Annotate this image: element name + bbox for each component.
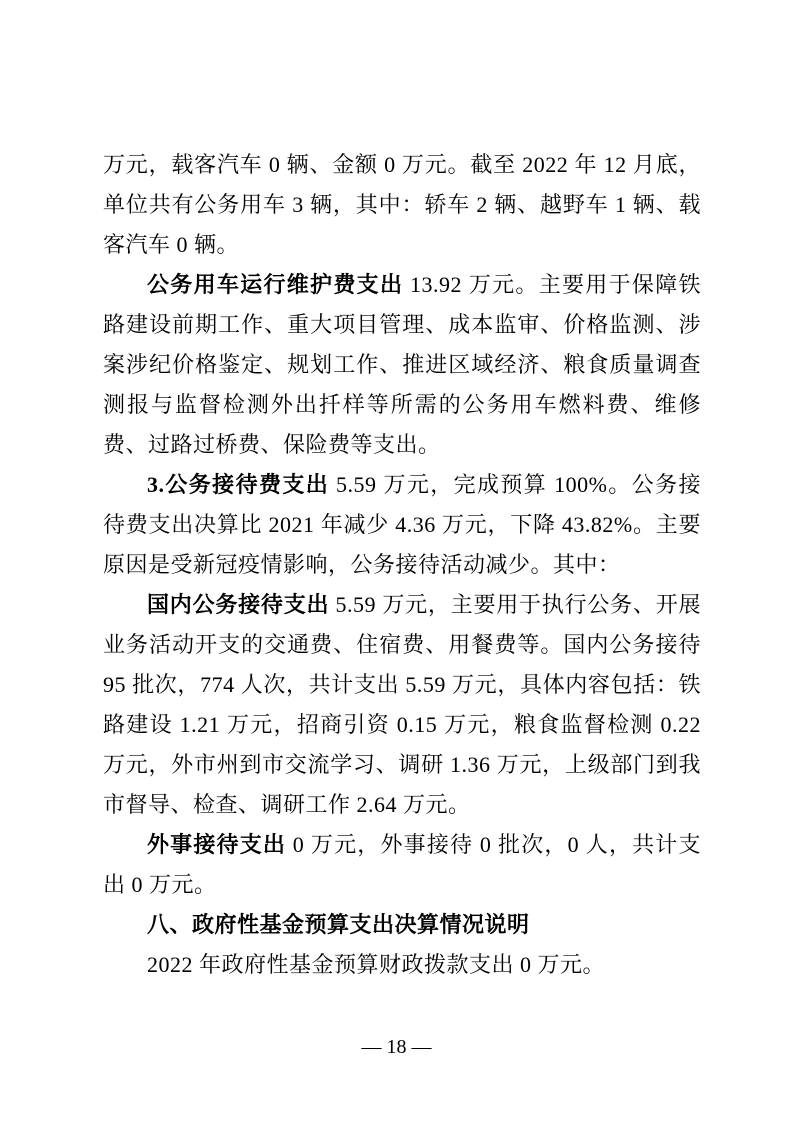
document-page: 万元，载客汽车 0 辆、金额 0 万元。截至 2022 年 12 月底，单位共有…	[0, 0, 793, 1122]
page-footer: — 18 —	[0, 1034, 793, 1060]
section-heading: 八、政府性基金预算支出决算情况说明	[103, 905, 701, 945]
paragraph: 国内公务接待支出 5.59 万元，主要用于执行公务、开展业务活动开支的交通费、住…	[103, 585, 701, 825]
paragraph: 3.公务接待费支出 5.59 万元，完成预算 100%。公务接待费支出决算比 2…	[103, 465, 701, 585]
paragraph-text: 5.59 万元，主要用于执行公务、开展业务活动开支的交通费、住宿费、用餐费等。国…	[103, 592, 701, 817]
page-number: — 18 —	[362, 1036, 432, 1058]
paragraph-bold-lead: 八、政府性基金预算支出决算情况说明	[147, 912, 530, 937]
paragraph-text: 2022 年政府性基金预算财政拨款支出 0 万元。	[147, 952, 605, 977]
paragraph-text: 万元，载客汽车 0 辆、金额 0 万元。截至 2022 年 12 月底，单位共有…	[103, 152, 701, 257]
paragraph-bold-lead: 3.公务接待费支出	[147, 472, 329, 497]
paragraph: 2022 年政府性基金预算财政拨款支出 0 万元。	[103, 945, 701, 985]
paragraph-text: 13.92 万元。主要用于保障铁路建设前期工作、重大项目管理、成本监审、价格监测…	[103, 272, 701, 457]
paragraph-bold-lead: 外事接待支出	[147, 832, 286, 857]
paragraph-bold-lead: 公务用车运行维护费支出	[147, 272, 403, 297]
paragraph-bold-lead: 国内公务接待支出	[147, 592, 329, 617]
document-body: 万元，载客汽车 0 辆、金额 0 万元。截至 2022 年 12 月底，单位共有…	[103, 145, 701, 985]
paragraph: 外事接待支出 0 万元，外事接待 0 批次，0 人，共计支出 0 万元。	[103, 825, 701, 905]
paragraph: 万元，载客汽车 0 辆、金额 0 万元。截至 2022 年 12 月底，单位共有…	[103, 145, 701, 265]
paragraph: 公务用车运行维护费支出 13.92 万元。主要用于保障铁路建设前期工作、重大项目…	[103, 265, 701, 465]
